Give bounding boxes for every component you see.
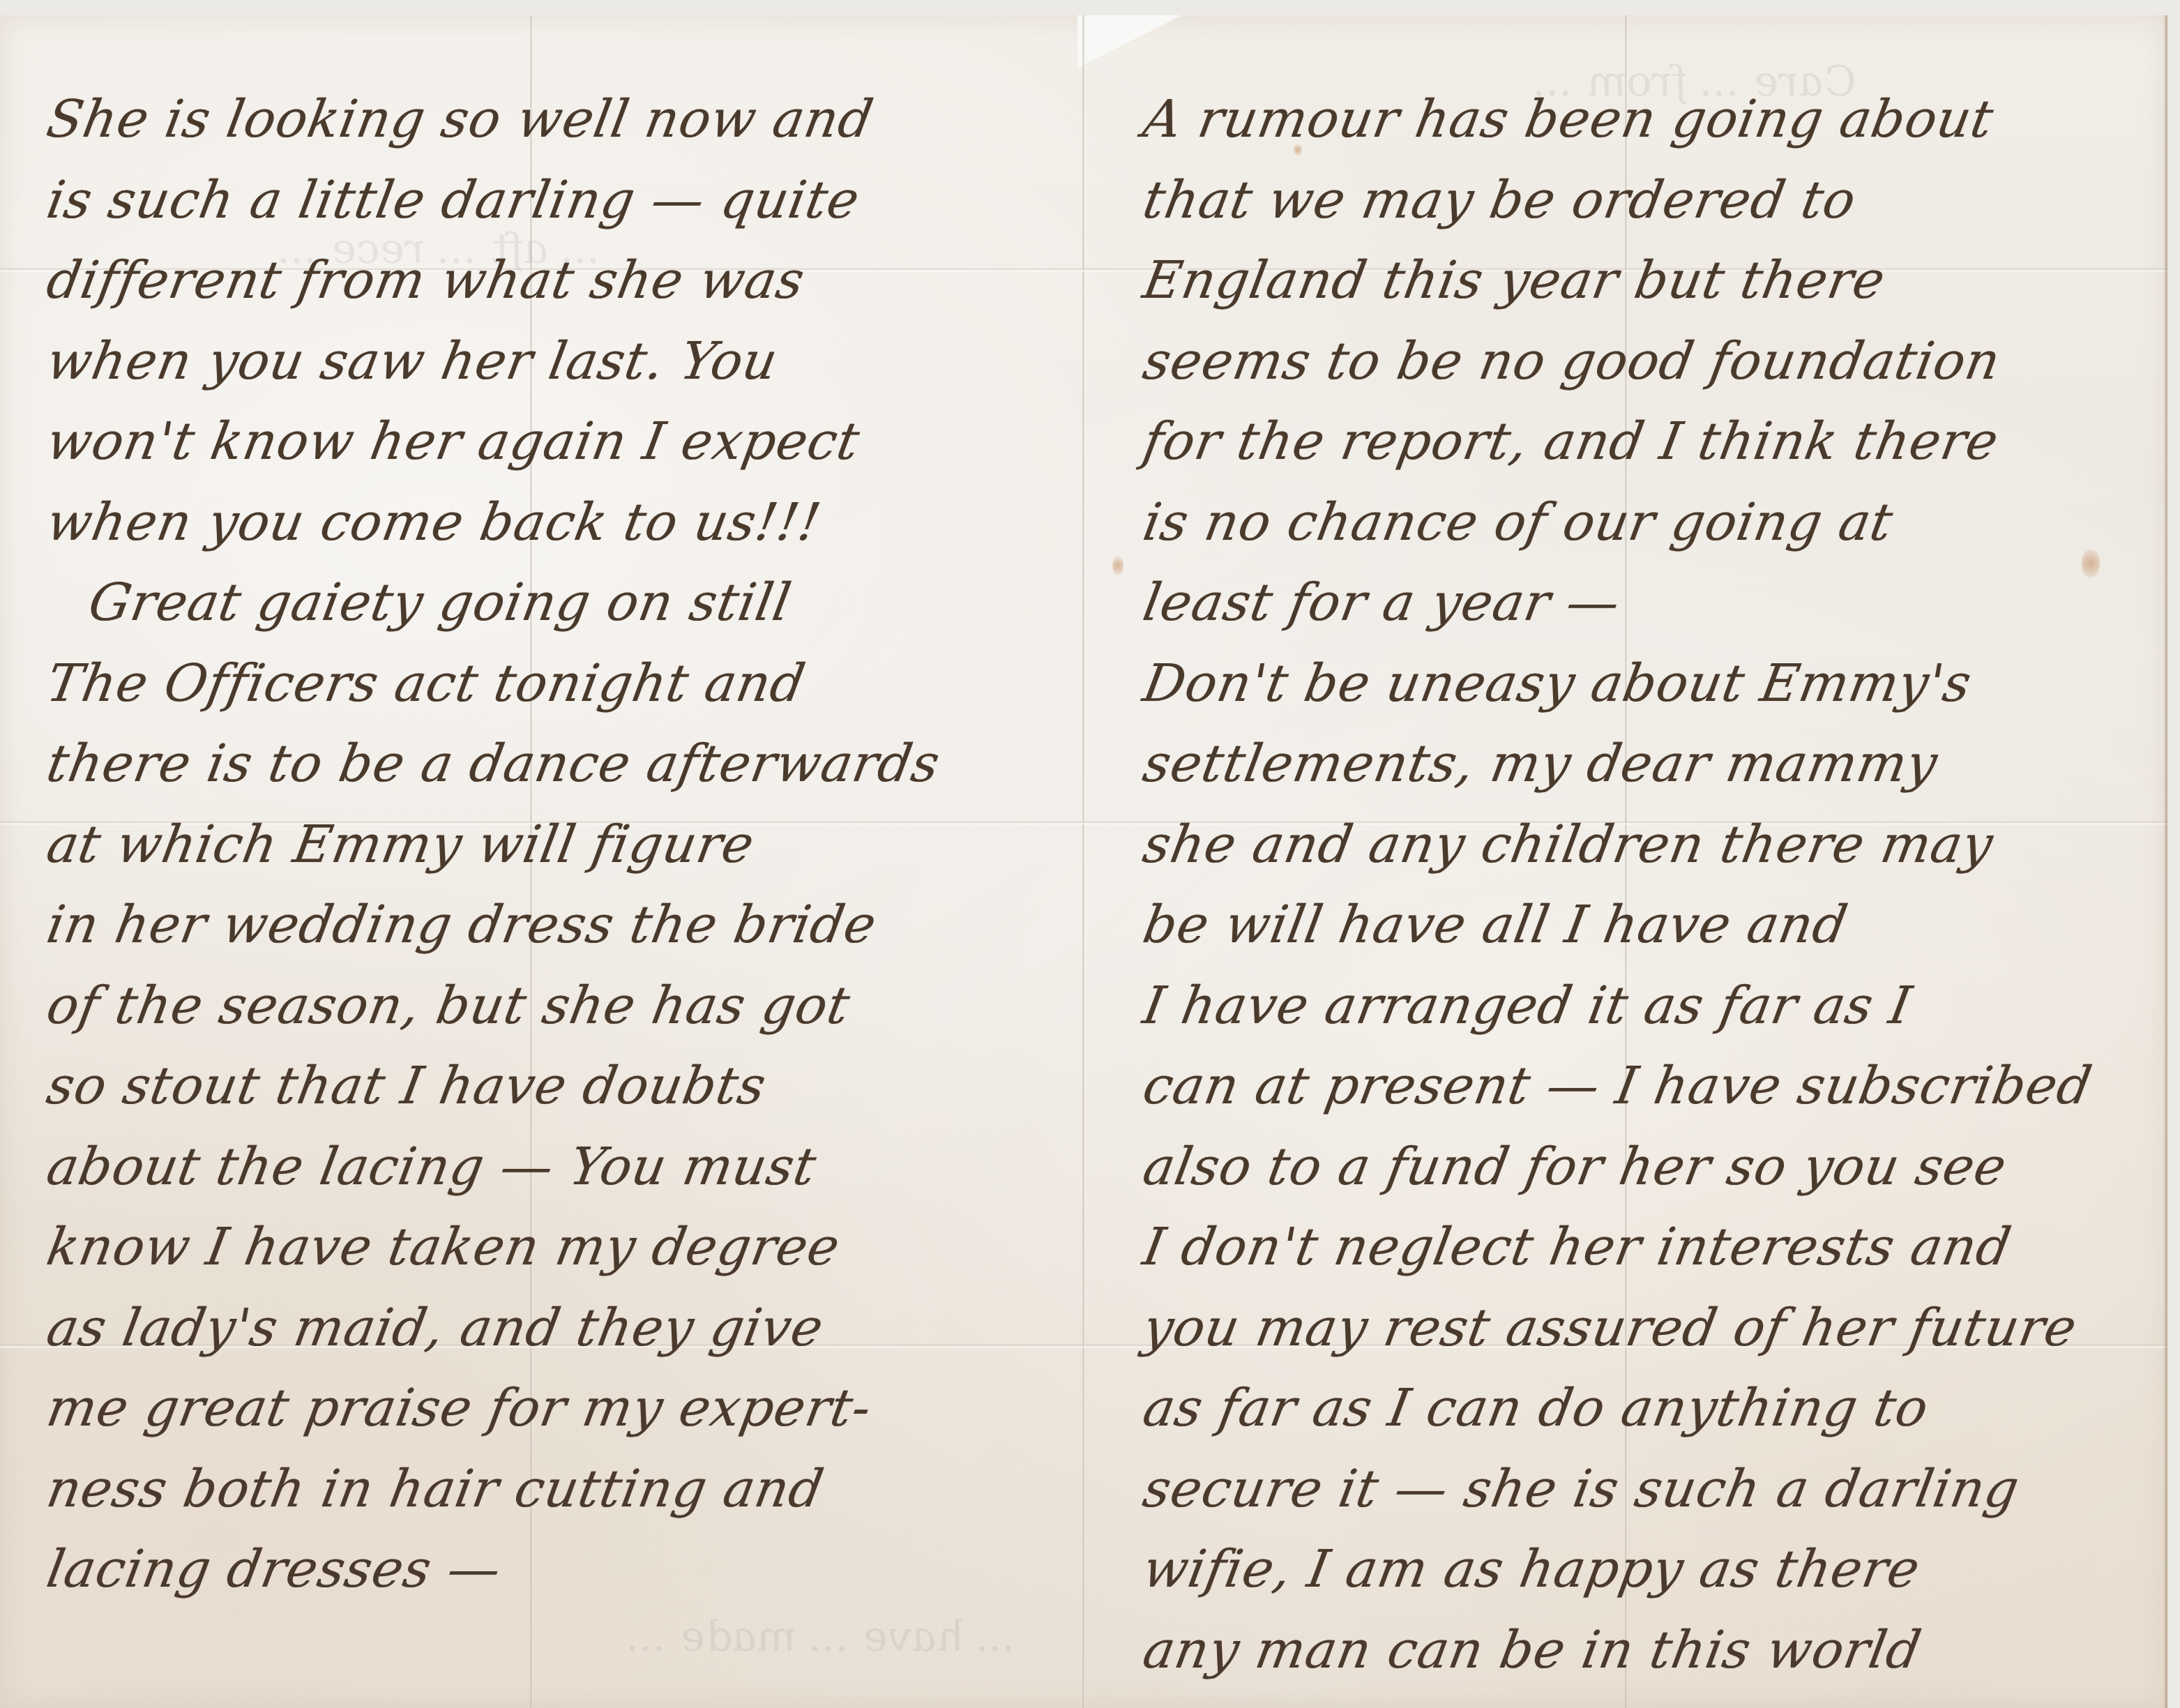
letter-line: lacing dresses — <box>40 1529 1087 1610</box>
left-page: She is looking so well now and is such a… <box>40 80 1073 1610</box>
letter-line: can at present — I have subscribed <box>1137 1046 2169 1127</box>
letter-line: you may rest assured of her future <box>1137 1288 2169 1369</box>
letter-line: different from what she was <box>40 241 1087 322</box>
letter-sheet: Care ... from ... ... aft ... rece ... .… <box>0 15 2167 1708</box>
letter-line: least for a year — <box>1137 563 2169 644</box>
bleed-through-text: ... have ... made ... <box>623 1612 1022 1661</box>
letter-line: I don't neglect her interests and <box>1137 1207 2169 1288</box>
letter-line: at which Emmy will figure <box>40 805 1087 886</box>
letter-line: wifie, I am as happy as there <box>1137 1529 2169 1610</box>
letter-line: secure it — she is such a darling <box>1137 1449 2169 1530</box>
letter-line: in her wedding dress the bride <box>40 885 1087 966</box>
letter-line: England this year but there <box>1137 241 2169 322</box>
letter-line: any man can be in this world <box>1137 1610 2169 1691</box>
letter-line: of the season, but she has got <box>40 966 1087 1047</box>
letter-line: that we may be ordered to <box>1137 160 2169 241</box>
letter-line: is such a little darling — quite <box>40 160 1087 241</box>
letter-line: when you come back to us!!! <box>40 483 1087 564</box>
letter-line: be will have all I have and <box>1137 885 2169 966</box>
letter-line: Don't be uneasy about Emmy's <box>1137 644 2169 725</box>
letter-line: as far as I can do anything to <box>1137 1368 2169 1449</box>
letter-line: know I have taken my degree <box>40 1207 1087 1288</box>
letter-line: about the lacing — You must <box>40 1127 1087 1208</box>
letter-line: Great gaiety going on still <box>40 563 1087 644</box>
letter-line: is no chance of our going at <box>1137 483 2169 564</box>
letter-line: as lady's maid, and they give <box>40 1288 1087 1369</box>
letter-line: won't know her again I expect <box>40 402 1087 483</box>
letter-line: when you saw her last. You <box>40 322 1087 402</box>
letter-line: seems to be no good foundation <box>1137 322 2169 402</box>
letter-line: The Officers act tonight and <box>40 644 1087 725</box>
letter-line: also to a fund for her so you see <box>1137 1127 2169 1208</box>
letter-line: for the report, and I think there <box>1137 402 2169 483</box>
letter-line: settlements, my dear mammy <box>1137 724 2169 805</box>
letter-line: there is to be a dance afterwards <box>40 724 1087 805</box>
letter-line: she and any children there may <box>1137 805 2169 886</box>
letter-line: I have arranged it as far as I <box>1137 966 2169 1047</box>
letter-line: me great praise for my expert- <box>40 1368 1087 1449</box>
letter-line: ness both in hair cutting and <box>40 1449 1087 1530</box>
letter-line: She is looking so well now and <box>40 80 1087 160</box>
letter-line: so stout that I have doubts <box>40 1046 1087 1127</box>
folded-corner <box>1077 15 1182 68</box>
ink-stain <box>1112 556 1123 575</box>
right-page: A rumour has been going about that we ma… <box>1137 80 2155 1691</box>
letter-line: A rumour has been going about <box>1137 80 2169 160</box>
